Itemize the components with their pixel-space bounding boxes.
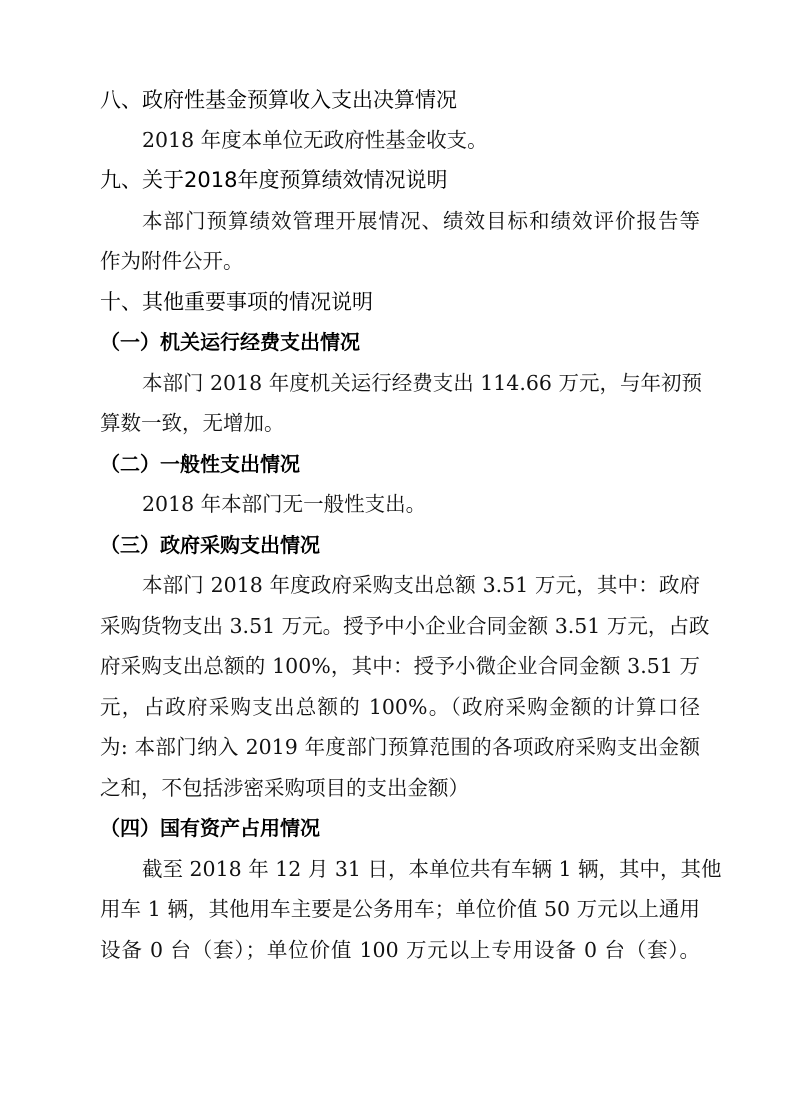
section-heading-9: 九、关于2018年度预算绩效情况说明 bbox=[100, 160, 700, 200]
paragraph-line: 设备 0 台（套）；单位价值 100 万元以上专用设备 0 台（套）。 bbox=[100, 930, 700, 970]
section-heading-8: 八、政府性基金预算收入支出决算情况 bbox=[100, 80, 700, 120]
subsection-heading-2: （二）一般性支出情况 bbox=[100, 444, 700, 484]
document-page: 八、政府性基金预算收入支出决算情况 2018 年度本单位无政府性基金收支。 九、… bbox=[0, 0, 790, 1118]
subsection-heading-1: （一）机关运行经费支出情况 bbox=[100, 322, 700, 362]
paragraph-line: 本部门预算绩效管理开展情况、绩效目标和绩效评价报告等 bbox=[142, 201, 700, 241]
paragraph-line: 为: 本部门纳入 2019 年度部门预算范围的各项政府采购支出金额 bbox=[100, 727, 700, 767]
subsection-heading-4: （四）国有资产占用情况 bbox=[100, 808, 700, 848]
paragraph-line: 截至 2018 年 12 月 31 日，本单位共有车辆 1 辆，其中，其他 bbox=[142, 849, 700, 889]
section-heading-10: 十、其他重要事项的情况说明 bbox=[100, 282, 700, 322]
paragraph-line: 本部门 2018 年度政府采购支出总额 3.51 万元，其中：政府 bbox=[142, 565, 700, 605]
paragraph-line: 2018 年度本单位无政府性基金收支。 bbox=[142, 120, 700, 160]
paragraph-line: 算数一致，无增加。 bbox=[100, 403, 700, 443]
paragraph-line: 2018 年本部门无一般性支出。 bbox=[142, 484, 700, 524]
paragraph-line: 元，占政府采购支出总额的 100%。（政府采购金额的计算口径 bbox=[100, 687, 700, 727]
paragraph-line: 用车 1 辆，其他用车主要是公务用车；单位价值 50 万元以上通用 bbox=[100, 889, 700, 929]
paragraph-line: 采购货物支出 3.51 万元。授予中小企业合同金额 3.51 万元，占政 bbox=[100, 606, 700, 646]
paragraph-line: 之和，不包括涉密采购项目的支出金额） bbox=[100, 768, 700, 808]
subsection-heading-3: （三）政府采购支出情况 bbox=[100, 525, 700, 565]
paragraph-line: 本部门 2018 年度机关运行经费支出 114.66 万元，与年初预 bbox=[142, 363, 700, 403]
paragraph-line: 作为附件公开。 bbox=[100, 241, 700, 281]
paragraph-line: 府采购支出总额的 100%，其中：授予小微企业合同金额 3.51 万 bbox=[100, 646, 700, 686]
